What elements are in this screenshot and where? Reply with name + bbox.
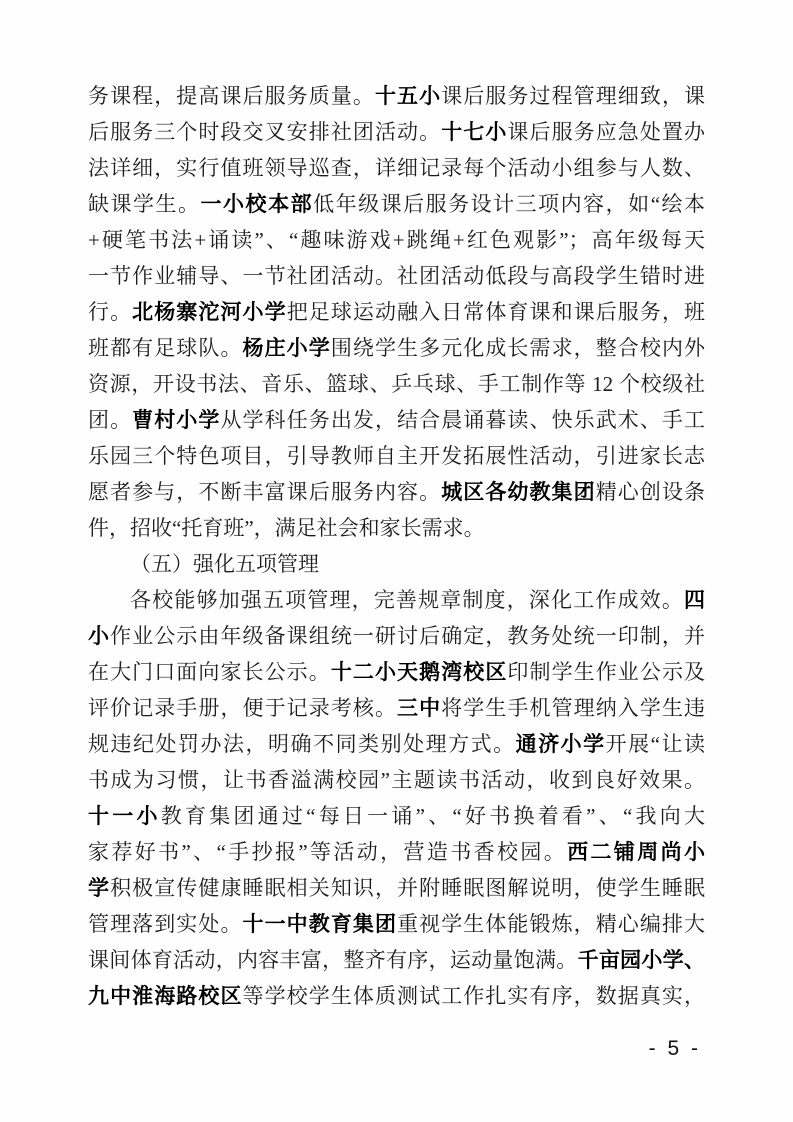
school-name-emphasis: 四 [684,589,705,612]
body-text-segment: 围绕学生多元化成长需求，整合校内外 [331,336,705,360]
body-text-segment: 一节作业辅导、一节社团活动。社团活动低段与高段学生错时进 [88,264,705,288]
school-name-emphasis: 杨庄小学 [243,337,331,360]
body-text-segment: 资源，开设书法、音乐、篮球、乒乓球、手工制作等 12 个校级社 [88,372,705,396]
school-name-emphasis: 十二小天鹅湾校区 [331,661,508,684]
body-text-segment: 行。 [88,300,132,324]
text-line: 一节作业辅导、一节社团活动。社团活动低段与高段学生错时进 [88,258,705,294]
body-text-segment: 规违纪处罚办法，明确不同类别处理方式。 [88,732,516,756]
text-line: 书成为习惯，让书香溢满校园”主题读书活动，收到良好效果。 [88,762,705,798]
document-page: 务课程，提高课后服务质量。十五小课后服务过程管理细致，课后服务三个时段交叉安排社… [0,0,793,1122]
text-line: 缺课学生。一小校本部低年级课后服务设计三项内容，如“绘本 [88,186,705,222]
school-name-emphasis: 北杨寨沱河小学 [132,301,287,324]
school-name-emphasis: 曹村小学 [132,409,220,432]
school-name-emphasis: 十一小 [88,805,161,828]
body-text-segment: 从学科任务出发，结合晨诵暮读、快乐武术、手工 [220,408,705,432]
text-line: 课间体育活动，内容丰富，整齐有序，运动量饱满。千亩园小学、 [88,942,705,978]
text-line: 班都有足球队。杨庄小学围绕学生多元化成长需求，整合校内外 [88,330,705,366]
body-text-segment: 作业公示由年级备课组统一研讨后确定，教务处统一印制，并 [110,624,705,648]
school-name-emphasis: 三中 [397,697,441,720]
body-text-segment: 法详细，实行值班领导巡查，详细记录每个活动小组参与人数、 [88,156,705,180]
body-text-segment: 家荐好书”、“手抄报”等活动，营造书香校园。 [88,840,567,864]
school-name-emphasis: 小 [88,625,110,648]
text-line: 愿者参与，不断丰富课后服务内容。城区各幼教集团精心创设条 [88,474,705,510]
text-line: 资源，开设书法、音乐、篮球、乒乓球、手工制作等 12 个校级社 [88,366,705,402]
body-text-segment: 把足球运动融入日常体育课和课后服务，班 [287,300,705,324]
text-block: 务课程，提高课后服务质量。十五小课后服务过程管理细致，课后服务三个时段交叉安排社… [88,78,705,1014]
body-text-segment: 团。 [88,408,132,432]
text-line: 法详细，实行值班领导巡查，详细记录每个活动小组参与人数、 [88,150,705,186]
body-text-segment: 课后服务应急处置办 [507,120,705,144]
school-name-emphasis: 一小校本部 [201,193,314,216]
text-line: 务课程，提高课后服务质量。十五小课后服务过程管理细致，课 [88,78,705,114]
body-text-segment: 课间体育活动，内容丰富，整齐有序，运动量饱满。 [88,948,578,972]
body-text-segment: 乐园三个特色项目，引导教师自主开发拓展性活动，引进家长志 [88,444,705,468]
text-line: 评价记录手册，便于记录考核。三中将学生手机管理纳入学生违 [88,690,705,726]
body-text-segment: 书成为习惯，让书香溢满校园”主题读书活动，收到良好效果。 [88,768,705,792]
school-name-emphasis: 九中淮海路校区 [88,985,243,1008]
body-text-segment: 印制学生作业公示及 [507,660,705,684]
body-text-segment: 后服务三个时段交叉安排社团活动。 [88,120,441,144]
body-text-segment: 缺课学生。 [88,192,201,216]
body-text-segment: 班都有足球队。 [88,336,243,360]
section-heading: （五）强化五项管理 [88,546,705,582]
body-text-segment: 低年级课后服务设计三项内容，如“绘本 [313,192,705,216]
body-text-segment: 教育集团通过“每日一诵”、“好书换着看”、“我向大 [161,804,705,828]
school-name-emphasis: 学 [88,877,110,900]
text-line: 学积极宣传健康睡眠相关知识，并附睡眠图解说明，使学生睡眠 [88,870,705,906]
text-line: +硬笔书法+诵读”、“趣味游戏+跳绳+红色观影”；高年级每天 [88,222,705,258]
text-line: 家荐好书”、“手抄报”等活动，营造书香校园。西二铺周尚小 [88,834,705,870]
school-name-emphasis: 通济小学 [516,733,606,756]
text-line: 乐园三个特色项目，引导教师自主开发拓展性活动，引进家长志 [88,438,705,474]
school-name-emphasis: 千亩园小学、 [578,949,705,972]
text-line: 规违纪处罚办法，明确不同类别处理方式。通济小学开展“让读 [88,726,705,762]
text-line: 管理落到实处。十一中教育集团重视学生体能锻炼，精心编排大 [88,906,705,942]
school-name-emphasis: 十五小 [375,85,441,108]
text-line: 团。曹村小学从学科任务出发，结合晨诵暮读、快乐武术、手工 [88,402,705,438]
body-text-segment: （五）强化五项管理 [130,552,319,576]
body-text-segment: 开展“让读 [606,732,705,756]
text-line: 九中淮海路校区等学校学生体质测试工作扎实有序，数据真实， [88,978,705,1014]
body-text-segment: 课后服务过程管理细致，课 [441,84,705,108]
text-line: 小作业公示由年级备课组统一研讨后确定，教务处统一印制，并 [88,618,705,654]
school-name-emphasis: 城区各幼教集团 [441,481,596,504]
body-text-segment: 积极宣传健康睡眠相关知识，并附睡眠图解说明，使学生睡眠 [110,876,705,900]
body-text-segment: 管理落到实处。 [88,912,243,936]
body-text-segment: 在大门口面向家长公示。 [88,660,331,684]
text-line: 在大门口面向家长公示。十二小天鹅湾校区印制学生作业公示及 [88,654,705,690]
body-text-segment: 务课程，提高课后服务质量。 [88,84,375,108]
body-text-segment: +硬笔书法+诵读”、“趣味游戏+跳绳+红色观影”；高年级每天 [88,228,705,252]
school-name-emphasis: 十一中教育集团 [243,913,398,936]
body-text-segment: 评价记录手册，便于记录考核。 [88,696,397,720]
school-name-emphasis: 西二铺周尚小 [567,841,705,864]
text-line: 件，招收“托育班”，满足社会和家长需求。 [88,510,705,546]
page-number: - 5 - [649,1034,701,1064]
body-text-segment: 各校能够加强五项管理，完善规章制度，深化工作成效。 [130,588,684,612]
body-text-segment: 愿者参与，不断丰富课后服务内容。 [88,480,441,504]
body-text-segment: 精心创设条 [596,480,705,504]
body-text-segment: 重视学生体能锻炼，精心编排大 [397,912,705,936]
school-name-emphasis: 十七小 [441,121,507,144]
body-text-segment: 将学生手机管理纳入学生违 [441,696,705,720]
text-line: 行。北杨寨沱河小学把足球运动融入日常体育课和课后服务，班 [88,294,705,330]
body-text-segment: 件，招收“托育班”，满足社会和家长需求。 [88,516,485,540]
text-line: 各校能够加强五项管理，完善规章制度，深化工作成效。四 [88,582,705,618]
text-line: 后服务三个时段交叉安排社团活动。十七小课后服务应急处置办 [88,114,705,150]
body-text-segment: 等学校学生体质测试工作扎实有序，数据真实， [243,984,705,1008]
text-line: 十一小教育集团通过“每日一诵”、“好书换着看”、“我向大 [88,798,705,834]
